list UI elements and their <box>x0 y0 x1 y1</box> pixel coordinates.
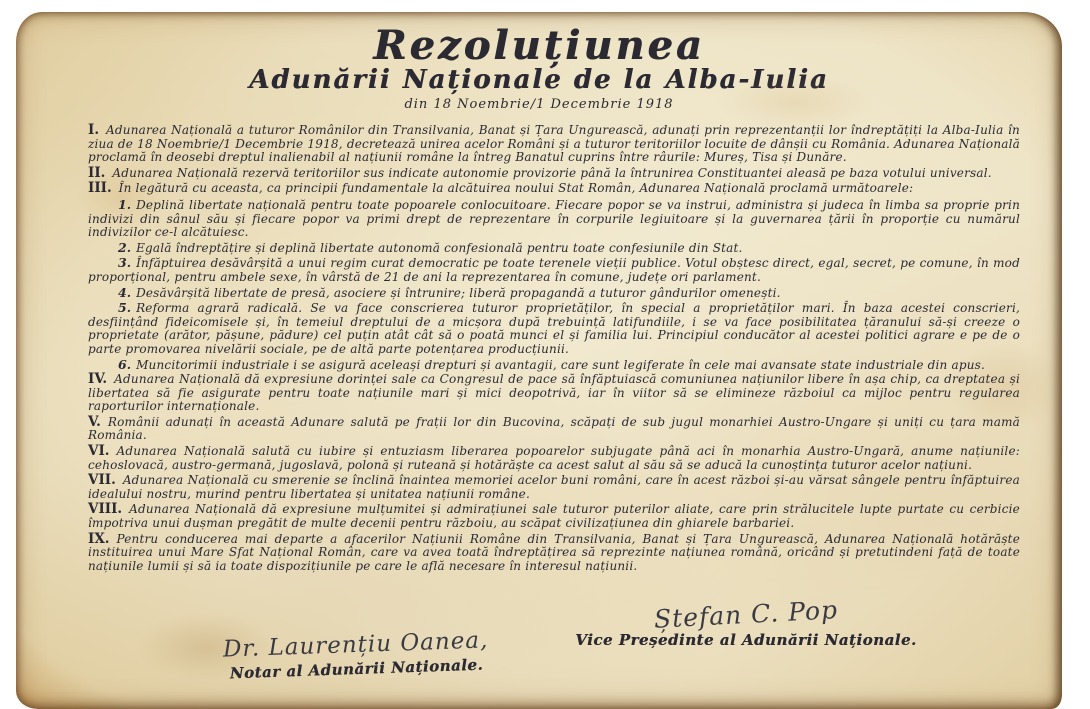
article-numeral: IV. <box>88 371 114 387</box>
article-text: Adunarea Națională rezervă teritoriilor … <box>112 166 991 180</box>
point-text: Reforma agrară radicală. Se va face cons… <box>88 301 1020 356</box>
point-2: 2.Egală îndreptățire și deplină libertat… <box>88 241 1020 256</box>
aged-paper-sheet: Rezoluțiunea Adunării Naționale de la Al… <box>16 12 1062 709</box>
article-IX: IX.Pentru conducerea mai departe a aface… <box>88 533 1020 574</box>
article-text: Adunarea Națională dă expresiune mulțumi… <box>88 502 1020 530</box>
document-header: Rezoluțiunea Adunării Naționale de la Al… <box>16 12 1062 112</box>
article-text: Adunarea Națională dă expresiune dorințe… <box>88 372 1020 413</box>
article-text: Adunarea Națională a tuturor Românilor d… <box>88 123 1020 164</box>
article-numeral: III. <box>88 180 119 196</box>
article-text: Pentru conducerea mai departe a afaceril… <box>88 532 1020 573</box>
article-numeral: VI. <box>88 443 117 459</box>
point-3: 3.Înfăptuirea desăvârșită a unui regim c… <box>88 256 1020 284</box>
article-III: III.În legătură cu aceasta, ca principii… <box>88 182 1020 196</box>
document-subtitle: Adunării Naționale de la Alba-Iulia <box>16 66 1062 96</box>
article-VII: VII.Adunarea Națională cu smerenie se în… <box>88 474 1020 501</box>
signature-vice-president: Ștefan C. Pop Vice Președinte al Adunări… <box>546 600 946 649</box>
article-IV: IV.Adunarea Națională dă expresiune dori… <box>88 373 1020 414</box>
article-numeral: IX. <box>88 531 117 547</box>
point-5: 5.Reforma agrară radicală. Se va face co… <box>88 301 1020 356</box>
article-V: V.Românii adunați în această Adunare sal… <box>88 416 1020 443</box>
article-text: În legătură cu aceasta, ca principii fun… <box>119 181 914 195</box>
document-title: Rezoluțiunea <box>16 26 1062 66</box>
signature-area: Ștefan C. Pop Vice Președinte al Adunări… <box>16 600 1062 705</box>
point-numeral: 4. <box>118 285 136 300</box>
article-II: II.Adunarea Națională rezervă teritoriil… <box>88 167 1020 181</box>
point-text: Egală îndreptățire și deplină libertate … <box>136 241 743 255</box>
article-numeral: II. <box>88 165 112 181</box>
point-6: 6.Muncitorimii industriale i se asigură … <box>88 358 1020 373</box>
article-VI: VI.Adunarea Națională salută cu iubire ș… <box>88 445 1020 472</box>
article-VIII: VIII.Adunarea Națională dă expresiune mu… <box>88 503 1020 530</box>
document-body: I.Adunarea Națională a tuturor Românilor… <box>88 124 1020 575</box>
point-1: 1.Deplină libertate națională pentru toa… <box>88 198 1020 240</box>
document-date: din 18 Noembrie/1 Decembrie 1918 <box>16 97 1062 112</box>
point-text: Muncitorimii industriale i se asigură ac… <box>136 358 985 372</box>
point-numeral: 5. <box>118 300 136 315</box>
point-numeral: 2. <box>118 240 136 255</box>
article-numeral: I. <box>88 122 106 138</box>
point-text: Desăvârșită libertate de presă, asociere… <box>136 286 781 300</box>
article-text: Adunarea Națională salută cu iubire și e… <box>88 444 1020 472</box>
point-numeral: 3. <box>118 255 136 270</box>
point-4: 4.Desăvârșită libertate de presă, asocie… <box>88 286 1020 301</box>
point-text: Deplină libertate națională pentru toate… <box>88 198 1020 239</box>
point-numeral: 1. <box>118 197 136 212</box>
article-numeral: V. <box>88 414 108 430</box>
article-numeral: VII. <box>88 472 123 488</box>
signature-notary: Dr. Laurențiu Oanea, Notar al Adunării N… <box>175 626 536 685</box>
point-text: Înfăptuirea desăvârșită a unui regim cur… <box>88 256 1020 284</box>
article-text: Românii adunați în această Adunare salut… <box>88 415 1020 443</box>
article-numeral: VIII. <box>88 501 129 517</box>
article-I: I.Adunarea Națională a tuturor Românilor… <box>88 124 1020 165</box>
article-text: Adunarea Națională cu smerenie se înclin… <box>88 473 1020 501</box>
scanned-document-page: Rezoluțiunea Adunării Naționale de la Al… <box>0 0 1090 709</box>
point-numeral: 6. <box>118 357 136 372</box>
